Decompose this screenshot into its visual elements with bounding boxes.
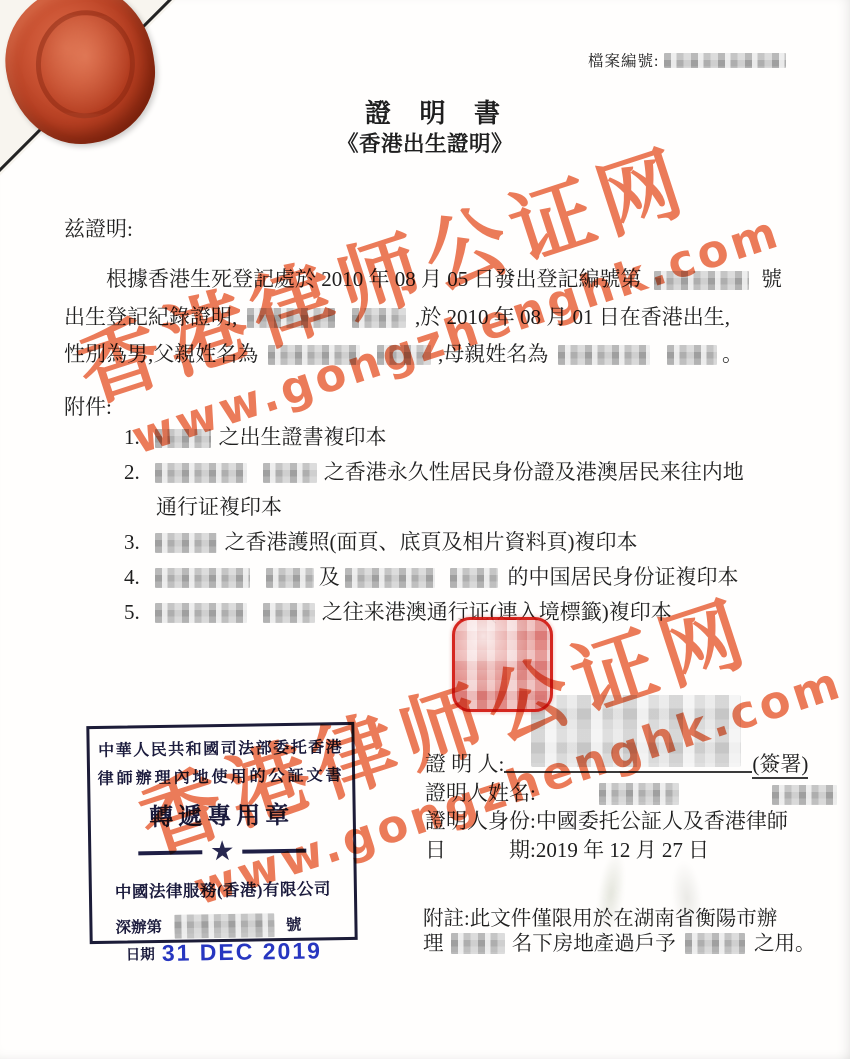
certifier-name-redacted — [599, 783, 679, 805]
father-name-redacted-2 — [377, 345, 431, 365]
redacted-name — [345, 568, 435, 588]
divider-bar-right — [242, 849, 306, 854]
transfer-stamp-serial-row: 深辦第 號 — [92, 912, 354, 940]
attachment-number: 1. — [124, 420, 150, 455]
attest-label: 兹證明: — [64, 213, 133, 243]
attachment-number: 4. — [124, 560, 150, 595]
redacted-name — [263, 463, 317, 483]
attachment-text: 之出生證書複印本 — [219, 425, 387, 449]
note-line-2: 理 名下房地產過戶予 之用。 — [423, 932, 843, 957]
divider-bar-left — [139, 850, 203, 855]
redacted-name — [263, 603, 315, 623]
line3-end: 。 — [722, 342, 743, 366]
attachment-text: 通行证複印本 — [156, 495, 282, 519]
line3-text: 性別為男,父親姓名為 — [64, 342, 258, 366]
father-name-redacted — [268, 345, 360, 365]
attachment-text: 的中国居民身份证複印本 — [508, 565, 739, 589]
certifier-label: 證 明 人: — [425, 752, 504, 776]
certifier-identity-label: 證明人身份: — [425, 809, 536, 833]
registration-number-redacted — [654, 271, 749, 290]
transfer-stamp: 中華人民共和國司法部委托香港 律師辦理內地使用的公証文書 轉遞專用章 ★ 中國法… — [86, 722, 357, 944]
attachments-list: 1. 之出生證書複印本 2. 之香港永久性居民身份證及港澳居民来往内地 通行证複… — [124, 420, 744, 630]
attachment-item-2-cont: 通行证複印本 — [124, 490, 744, 525]
document-subtitle: 《香港出生證明》 — [0, 127, 850, 158]
paragraph-line-2: 出生登記紀錄證明, ,於 2010 年 08 月 01 日在香港出生, — [64, 299, 804, 337]
attachment-mid: 及 — [319, 565, 340, 589]
attachment-text: 之香港永久性居民身份證及港澳居民来往内地 — [324, 460, 744, 484]
paragraph-line-1: 根據香港生死登記處於 2010 年 08 月 05 日發出登記編號第 號 — [64, 261, 804, 299]
file-number-redacted — [664, 53, 786, 68]
redacted-name — [155, 429, 211, 448]
redacted-name — [155, 603, 247, 623]
transfer-stamp-line1: 中華人民共和國司法部委托香港 — [89, 734, 351, 761]
attachment-number: 2. — [124, 455, 150, 490]
redacted-name — [155, 463, 247, 483]
certifier-date-row: 日 期:2019 年 12 月 27 日 — [425, 836, 850, 865]
stamp-date-value: 31 DEC 2019 — [162, 937, 322, 967]
paragraph-line-3: 性別為男,父親姓名為 ,母親姓名為 。 — [64, 336, 804, 374]
attachment-item-5: 5. 之往来港澳通行证(連入境標籤)複印本 — [124, 595, 744, 630]
star-icon: ★ — [211, 841, 233, 863]
certifier-identity-value: 中國委托公証人及香港律師 — [536, 809, 788, 833]
line2-text: 出生登記紀錄證明, — [64, 305, 237, 329]
red-notary-stamp — [452, 617, 553, 712]
certifier-identity-row: 證明人身份:中國委托公証人及香港律師 — [425, 807, 850, 836]
certifier-name-redacted-2 — [772, 785, 837, 805]
body-paragraph: 根據香港生死登記處於 2010 年 08 月 05 日發出登記編號第 號 出生登… — [64, 261, 804, 374]
child-name-redacted — [247, 308, 335, 328]
note-name-redacted — [451, 933, 505, 954]
redacted-name — [155, 533, 217, 553]
serial-suffix: 號 — [286, 917, 302, 934]
note-line2-pre: 理 — [423, 933, 444, 955]
mother-name-redacted-2 — [667, 345, 717, 365]
note-block: 附註:此文件僅限用於在湖南省衡陽市辦 理 名下房地產過戶予 之用。 — [423, 907, 843, 956]
serial-prefix: 深辦第 — [115, 919, 162, 937]
line3-mid: ,母親姓名為 — [438, 342, 548, 366]
transfer-stamp-title: 轉遞專用章 — [90, 794, 353, 833]
line1-suffix: 號 — [761, 267, 782, 291]
certifier-date-value: 2019 年 12 月 27 日 — [536, 838, 709, 862]
attachment-number: 5. — [124, 595, 150, 630]
document-page: 檔案編號: 證 明 書 《香港出生證明》 兹證明: 根據香港生死登記處於 201… — [0, 0, 850, 1059]
note-line2-end: 之用。 — [754, 933, 816, 955]
attachment-item-2: 2. 之香港永久性居民身份證及港澳居民来往内地 — [124, 455, 744, 490]
line2-suffix: ,於 2010 年 08 月 01 日在香港出生, — [415, 305, 730, 329]
child-name-redacted-2 — [352, 308, 406, 328]
sign-note: (簽署) — [752, 752, 808, 779]
transfer-stamp-divider: ★ — [91, 839, 353, 865]
redacted-name — [450, 568, 498, 588]
mother-name-redacted — [558, 345, 650, 365]
note-name-redacted-2 — [685, 933, 745, 954]
line1-text: 根據香港生死登記處於 2010 年 08 月 05 日發出登記編號第 — [106, 267, 642, 291]
note-line-1: 附註:此文件僅限用於在湖南省衡陽市辦 — [423, 907, 843, 932]
stamp-date-label: 日期 — [126, 943, 155, 964]
certifier-date-label: 日 期: — [425, 838, 536, 862]
attachment-item-4: 4. 及 的中国居民身份证複印本 — [124, 560, 744, 595]
attachment-text: 之香港護照(面頁、底頁及相片資料頁)複印本 — [225, 530, 638, 554]
transfer-stamp-date-row: 日期 31 DEC 2019 — [93, 937, 355, 968]
certifier-name-label: 證明人姓名: — [425, 781, 536, 805]
transfer-stamp-company: 中國法律服務(香港)有限公司 — [92, 875, 354, 903]
certifier-block: 證 明 人:(簽署) 證明人姓名: 證明人身份:中國委托公証人及香港律師 日 期… — [425, 750, 850, 864]
transfer-stamp-line2: 律師辦理內地使用的公証文書 — [90, 762, 352, 789]
file-number-label: 檔案編號: — [588, 53, 659, 70]
redacted-name — [266, 568, 314, 588]
attachment-number: 3. — [124, 525, 150, 560]
signature-redacted — [531, 695, 741, 767]
attachment-item-1: 1. 之出生證書複印本 — [124, 420, 744, 455]
wax-seal-ring — [34, 9, 137, 120]
certifier-name-row: 證明人姓名: — [425, 779, 850, 808]
attachment-item-3: 3. 之香港護照(面頁、底頁及相片資料頁)複印本 — [124, 525, 744, 560]
attachments-label: 附件: — [64, 391, 112, 421]
redacted-name — [155, 568, 250, 588]
file-number-row: 檔案編號: — [588, 49, 786, 71]
note-line2-mid: 名下房地產過戶予 — [512, 933, 676, 955]
serial-number-redacted — [174, 913, 274, 939]
